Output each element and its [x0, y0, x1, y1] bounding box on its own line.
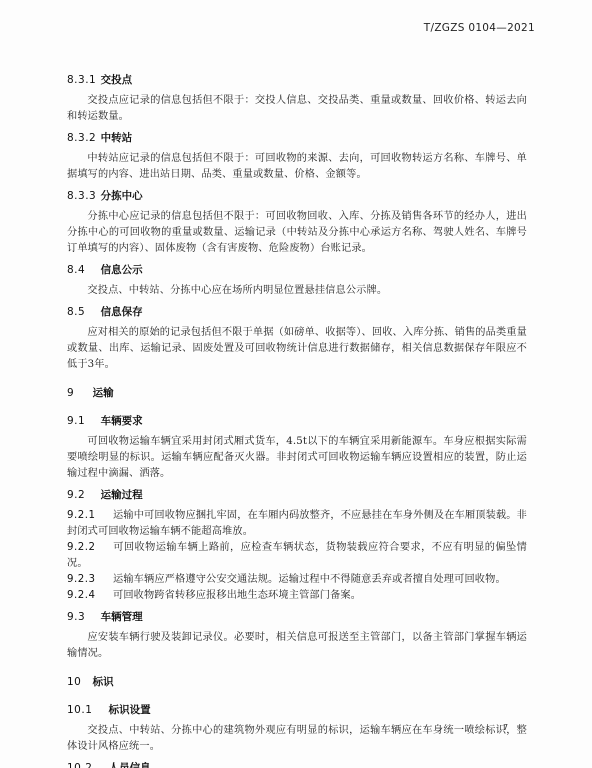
- section-number: 8.3.3: [67, 188, 97, 204]
- section-title: 分拣中心: [101, 190, 143, 202]
- section-number: 9.2: [67, 487, 97, 503]
- section-number: 8.5: [67, 304, 97, 320]
- heading-9: 9 运输: [67, 385, 527, 401]
- heading-10-1: 10.1 标识设置: [67, 702, 527, 718]
- page-number: 7: [503, 723, 508, 732]
- paragraph-8-3-3: 分拣中心应记录的信息包括但不限于：可回收物回收、入库、分拣及销售各环节的经办人，…: [67, 209, 527, 257]
- paragraph-10-1: 交投点、中转站、分拣中心的建筑物外观应有明显的标识，运输车辆应在车身统一喷绘标识…: [67, 723, 527, 755]
- document-body: 8.3.1 交投点 交投点应记录的信息包括但不限于：交投人信息、交投品类、重量或…: [67, 72, 527, 768]
- section-number: 10.1: [67, 702, 105, 718]
- heading-9-3: 9.3 车辆管理: [67, 609, 527, 625]
- heading-9-1: 9.1 车辆要求: [67, 413, 527, 429]
- paragraph-8-4: 交投点、中转站、分拣中心应在场所内明显位置悬挂信息公示牌。: [67, 283, 527, 299]
- clause-number: 9.2.3: [67, 572, 113, 588]
- clause-number: 9.2.4: [67, 588, 113, 604]
- paragraph-8-5: 应对相关的原始的记录包括但不限于单据（如磅单、收据等）、回收、入库分拣、销售的品…: [67, 325, 527, 373]
- section-number: 8.3.1: [67, 72, 97, 88]
- heading-9-2: 9.2 运输过程: [67, 487, 527, 503]
- heading-8-4: 8.4 信息公示: [67, 262, 527, 278]
- section-title: 人员信息: [109, 762, 151, 768]
- clause-text: 运输中可回收物应捆扎牢固，在车厢内码放整齐，不应悬挂在车身外侧及在车厢顶装载。非…: [67, 510, 527, 537]
- section-title: 中转站: [101, 132, 133, 144]
- paragraph-9-1: 可回收物运输车辆宜采用封闭式厢式货车，4.5t以下的车辆宜采用新能源车。车身应根…: [67, 434, 527, 482]
- section-number: 9.3: [67, 609, 97, 625]
- clause-9-2-2: 9.2.2可回收物运输车辆上路前，应检查车辆状态，货物装载应符合要求，不应有明显…: [67, 540, 527, 572]
- section-title: 运输过程: [101, 489, 143, 501]
- heading-8-3-3: 8.3.3 分拣中心: [67, 188, 527, 204]
- section-number: 10: [67, 674, 89, 690]
- clause-number: 9.2.2: [67, 540, 113, 556]
- section-title: 运输: [93, 387, 114, 399]
- paragraph-8-3-2: 中转站应记录的信息包括但不限于：可回收物的来源、去向，可回收物转运方名称、车牌号…: [67, 151, 527, 183]
- clause-text: 可回收物跨省转移应报移出地生态环境主管部门备案。: [113, 590, 361, 601]
- clause-number: 9.2.1: [67, 508, 113, 524]
- document-page: T/ZGZS 0104—2021 8.3.1 交投点 交投点应记录的信息包括但不…: [0, 0, 592, 768]
- clause-9-2-1: 9.2.1运输中可回收物应捆扎牢固，在车厢内码放整齐，不应悬挂在车身外侧及在车厢…: [67, 508, 527, 540]
- heading-8-3-2: 8.3.2 中转站: [67, 130, 527, 146]
- clause-9-2-3: 9.2.3运输车辆应严格遵守公安交通法规。运输过程中不得随意丢弃或者擅自处理可回…: [67, 572, 527, 588]
- section-number: 10.2: [67, 760, 105, 768]
- clause-text: 运输车辆应严格遵守公安交通法规。运输过程中不得随意丢弃或者擅自处理可回收物。: [113, 574, 506, 585]
- heading-8-5: 8.5 信息保存: [67, 304, 527, 320]
- section-title: 标识设置: [109, 704, 151, 716]
- section-number: 8.3.2: [67, 130, 97, 146]
- clause-text: 可回收物运输车辆上路前，应检查车辆状态，货物装载应符合要求，不应有明显的偏坠情况…: [67, 542, 527, 569]
- heading-8-3-1: 8.3.1 交投点: [67, 72, 527, 88]
- section-number: 9: [67, 385, 89, 401]
- section-title: 车辆要求: [101, 415, 143, 427]
- section-title: 车辆管理: [101, 611, 143, 623]
- heading-10-2: 10.2 人员信息: [67, 760, 527, 768]
- section-title: 交投点: [101, 74, 133, 86]
- paragraph-8-3-1: 交投点应记录的信息包括但不限于：交投人信息、交投品类、重量或数量、回收价格、转运…: [67, 93, 527, 125]
- paragraph-9-3: 应安装车辆行驶及装卸记录仪。必要时，相关信息可报送至主管部门，以备主管部门掌握车…: [67, 630, 527, 662]
- section-title: 标识: [93, 676, 114, 688]
- section-number: 9.1: [67, 413, 97, 429]
- document-code: T/ZGZS 0104—2021: [424, 22, 535, 34]
- section-title: 信息保存: [101, 306, 143, 318]
- heading-10: 10 标识: [67, 674, 527, 690]
- section-number: 8.4: [67, 262, 97, 278]
- clause-9-2-4: 9.2.4可回收物跨省转移应报移出地生态环境主管部门备案。: [67, 588, 527, 604]
- section-title: 信息公示: [101, 264, 143, 276]
